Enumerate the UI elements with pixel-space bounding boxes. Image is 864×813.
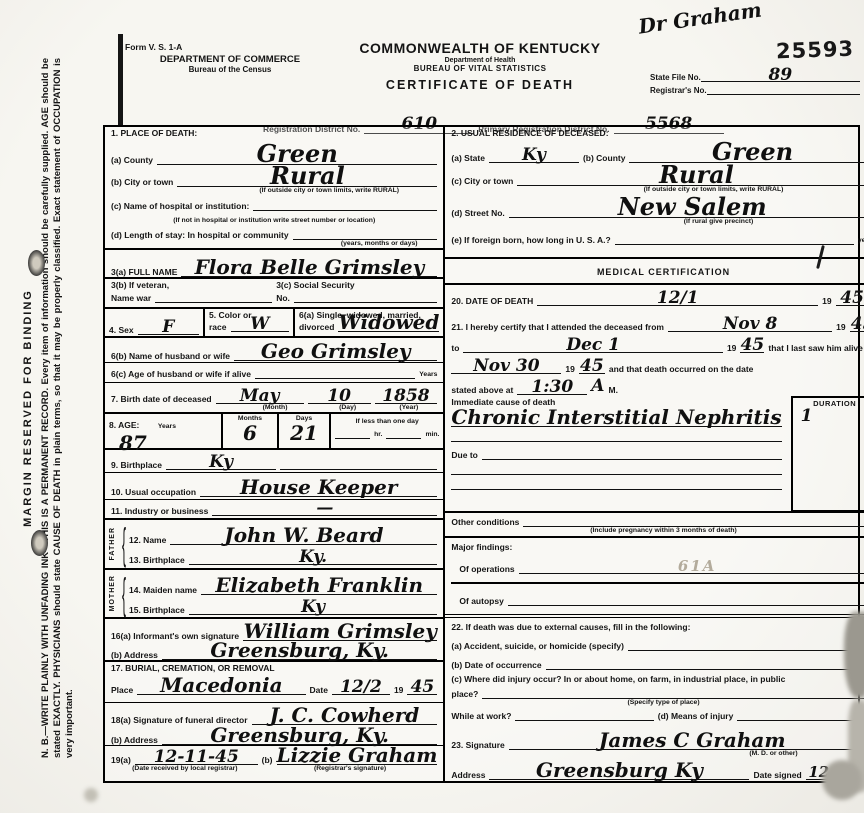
- section-cause-of-death: Immediate cause of death Chronic Interst…: [445, 396, 864, 513]
- operations-label: Of operations: [459, 564, 514, 574]
- section-other-conditions: Other conditions (Include pregnancy with…: [445, 513, 864, 538]
- physician-address-value: Greensburg Ky: [536, 758, 703, 782]
- due-to-label: Due to: [451, 450, 477, 460]
- mother-name-value: Elizabeth Franklin: [215, 573, 423, 597]
- external-a-label: (a) Accident, suicide, or homicide (spec…: [451, 641, 624, 651]
- place-of-death-title: 1. PLACE OF DEATH:: [111, 128, 437, 138]
- ssn-blank: [294, 302, 438, 303]
- means-of-injury-blank: [737, 720, 864, 721]
- residence-city-value: Rural: [659, 160, 734, 189]
- medical-certification-band: MEDICAL CERTIFICATION: [445, 259, 864, 285]
- certificate-title: CERTIFICATE OF DEATH: [335, 78, 625, 92]
- registrar-date-value: 12-11-45: [154, 747, 239, 767]
- veteran-war-label: Name war: [111, 293, 151, 303]
- birthplace-blank: [280, 469, 437, 470]
- date-of-death-year-prefix: 19: [822, 296, 831, 306]
- occupation-value: House Keeper: [240, 475, 397, 499]
- spouse-age-blank: [255, 378, 415, 379]
- certificate-header: Form V. S. 1-A DEPARTMENT OF COMMERCE Bu…: [103, 24, 860, 92]
- binding-margin: MARGIN RESERVED FOR BINDING N. B.—WRITE …: [22, 28, 76, 788]
- external-c-label2: place?: [451, 689, 478, 699]
- section-external-causes: 22. If death was due to external causes,…: [445, 618, 864, 708]
- bureau-of-census: Bureau of the Census: [125, 65, 335, 74]
- section-physician-signature: 23. Signature James C Graham (M. D. or o…: [445, 725, 864, 781]
- veteran-label: 3(b) If veteran,: [111, 280, 272, 290]
- handwritten-doctor-name: Dr Graham: [637, 0, 763, 37]
- burial-year-prefix: 19: [394, 685, 403, 695]
- pod-hospital-note: (If not in hospital or institution write…: [111, 217, 437, 225]
- residence-foreign-blank: [615, 244, 854, 245]
- section-informant: 16(a) Informant's own signature William …: [105, 619, 443, 662]
- spouse-age-label: 6(c) Age of husband or wife if alive: [111, 369, 251, 379]
- external-b-label: (b) Date of occurrence: [451, 660, 541, 670]
- section-full-name: 3(a) FULL NAME Flora Belle Grimsley: [105, 250, 443, 279]
- residence-foreign-suffix: years: [858, 237, 864, 245]
- veteran-war-blank: [155, 302, 272, 303]
- marital-label2: divorced: [299, 322, 334, 332]
- ssn-label: 3(c) Social Security: [276, 280, 437, 290]
- race-value: W: [250, 314, 269, 334]
- section-residence: 2. USUAL RESIDENCE OF DECEASED: (a) Stat…: [445, 127, 864, 259]
- age-label: 8. AGE:: [109, 420, 139, 430]
- while-at-work-blank: [515, 720, 653, 721]
- birth-year-value: 1858: [382, 386, 429, 406]
- age-min-label: min.: [425, 431, 439, 439]
- registrar-sig-value: Lizzie Graham: [277, 743, 438, 767]
- scan-artifact-blob: [844, 612, 864, 698]
- binding-hole-bottom: [31, 530, 48, 556]
- other-conditions-label: Other conditions: [451, 517, 519, 527]
- marital-value: Widowed: [338, 310, 439, 334]
- section-veteran-ssn: 3(b) If veteran, Name war 3(c) Social Se…: [105, 279, 443, 309]
- section-mother: MOTHER { 14. Maiden name Elizabeth Frank…: [105, 570, 443, 620]
- burial-date-label: Date: [310, 685, 328, 695]
- certificate-form: 1. PLACE OF DEATH: (a) County Green (b) …: [103, 125, 860, 783]
- scan-artifact-blob: [84, 788, 98, 802]
- last-alive-value: Nov 30: [473, 356, 539, 376]
- section-burial: 17. BURIAL, CREMATION, OR REMOVAL Place …: [105, 662, 443, 702]
- section-registrar: 19(a) 12-11-45 (b) Lizzie Graham (Date r…: [105, 746, 443, 781]
- duration-box: DURATION 1: [791, 396, 864, 512]
- attended-to-year-value: 45: [741, 335, 765, 355]
- due-to-blank: [482, 459, 782, 460]
- file-number-stamp: 25593: [776, 37, 855, 64]
- autopsy-blank: [508, 605, 864, 606]
- physician-address-label: Address: [451, 770, 485, 780]
- certify-text-4: stated above at: [451, 385, 513, 395]
- findings-divider: [451, 574, 864, 584]
- certify-text-2: that I last saw him alive on: [768, 343, 864, 353]
- means-of-injury-label: (d) Means of injury: [658, 711, 734, 721]
- age-hr-label: hr.: [374, 431, 382, 439]
- section-birth-date: 7. Birth date of deceased May 10 1858 (M…: [105, 383, 443, 414]
- mother-birthplace-label: 15. Birthplace: [129, 605, 185, 615]
- certify-text-1: 21. I hereby certify that I attended the…: [451, 322, 664, 332]
- age-min-blank: [386, 438, 421, 439]
- section-sex-race-marital: 4. Sex F 5. Color or raceW 6(a) Single, …: [105, 309, 443, 338]
- industry-value: —: [316, 498, 333, 518]
- attended-from-value: Nov 8: [723, 314, 778, 334]
- father-birthplace-value: Ky.: [299, 547, 327, 567]
- operations-faint-mark: 61A: [678, 557, 717, 575]
- attended-to-year-prefix: 19: [727, 343, 736, 353]
- spouse-label: 6(b) Name of husband or wife: [111, 351, 230, 361]
- section-spouse-age: 6(c) Age of husband or wife if alive Yea…: [105, 363, 443, 383]
- burial-year-value: 45: [411, 677, 435, 697]
- burial-date-value: 12/2: [340, 677, 382, 697]
- pod-city-value: Rural: [270, 161, 345, 190]
- attended-from-year-value: 45: [851, 314, 864, 334]
- date-signed-label: Date signed: [753, 770, 801, 780]
- scan-artifact-blob: [822, 760, 862, 800]
- state-file-label: State File No.: [650, 73, 701, 82]
- certify-text-3: and that death occurred on the date: [609, 364, 754, 374]
- medical-certification-title: MEDICAL CERTIFICATION: [597, 267, 730, 277]
- death-certificate-scan: MARGIN RESERVED FOR BINDING N. B.—WRITE …: [0, 0, 864, 813]
- residence-city-label: (c) City or town: [451, 176, 513, 186]
- section-age: 8. AGE: Years 87 Months 6 Days 21 If les…: [105, 414, 443, 450]
- state-file-value: 89: [769, 65, 793, 85]
- section-father: FATHER { 12. Name John W. Beard 13. Birt…: [105, 520, 443, 570]
- mother-brace: {: [119, 508, 129, 680]
- age-days-value: 21: [283, 423, 325, 443]
- birthplace-value: Ky: [209, 452, 233, 472]
- due-to-blank-line-3: [451, 475, 781, 490]
- section-while-at-work: While at work? (d) Means of injury: [445, 707, 864, 725]
- birth-date-label: 7. Birth date of deceased: [111, 394, 212, 404]
- form-right-column: 2. USUAL RESIDENCE OF DECEASED: (a) Stat…: [445, 127, 864, 781]
- full-name-label: 3(a) FULL NAME: [111, 267, 177, 277]
- due-to-blank-line-2: [451, 460, 781, 475]
- external-a-blank: [628, 650, 864, 651]
- last-alive-year-prefix: 19: [565, 364, 574, 374]
- binding-margin-title: MARGIN RESERVED FOR BINDING: [22, 28, 34, 788]
- attended-from-year-prefix: 19: [836, 322, 845, 332]
- pod-stay-label: (d) Length of stay: In hospital or commu…: [111, 230, 289, 240]
- residence-street-value: New Salem: [618, 192, 767, 221]
- section-date-of-death: 20. DATE OF DEATH 12/1 19 45-: [445, 285, 864, 310]
- form-number: Form V. S. 1-A: [125, 42, 335, 52]
- sex-value: F: [162, 317, 174, 337]
- registrar-no-label: Registrar's No.: [650, 86, 707, 95]
- pod-county-label: (a) County: [111, 155, 153, 165]
- pod-city-label: (b) City or town: [111, 177, 173, 187]
- residence-street-label: (d) Street No.: [451, 208, 504, 218]
- pod-hospital-blank: [253, 210, 437, 211]
- father-group-label: FATHER: [109, 527, 116, 560]
- commonwealth-title: COMMONWEALTH OF KENTUCKY: [335, 40, 625, 56]
- cause-blank-line: [451, 427, 781, 442]
- ssn-no-label: No.: [276, 293, 290, 303]
- duration-value: 1: [793, 408, 864, 425]
- residence-state-label: (a) State: [451, 153, 485, 163]
- bureau-vital-statistics: BUREAU OF VITAL STATISTICS: [335, 64, 625, 73]
- age-less-label: If less than one day: [335, 418, 439, 426]
- section-funeral-director: 18(a) Signature of funeral director J. C…: [105, 703, 443, 746]
- funeral-address-label: (b) Address: [111, 735, 158, 745]
- mother-birthplace-value: Ky: [301, 597, 325, 617]
- autopsy-label: Of autopsy: [459, 596, 503, 606]
- attended-to-label: to: [451, 343, 459, 353]
- external-title: 22. If death was due to external causes,…: [451, 622, 864, 632]
- last-alive-year-value: 45: [580, 356, 604, 376]
- age-hr-blank: [335, 438, 370, 439]
- date-of-death-value: 12/1: [657, 288, 699, 308]
- section-place-of-death: 1. PLACE OF DEATH: (a) County Green (b) …: [105, 127, 443, 250]
- burial-place-label: Place: [111, 685, 133, 695]
- section-industry: 11. Industry or business —: [105, 500, 443, 520]
- spouse-age-suffix: Years: [419, 371, 437, 379]
- residence-foreign-label: (e) If foreign born, how long in U. S. A…: [451, 235, 610, 245]
- registrar-sig-prefix: (b): [262, 755, 273, 765]
- binding-margin-note: N. B.—WRITE PLAINLY WITH UNFADING INK—TH…: [40, 58, 76, 758]
- time-of-death-suffix: A: [591, 378, 604, 395]
- physician-sig-value: James C Graham: [599, 728, 786, 752]
- full-name-value: Flora Belle Grimsley: [195, 255, 425, 279]
- form-left-column: 1. PLACE OF DEATH: (a) County Green (b) …: [105, 127, 445, 781]
- birth-month-value: May: [240, 386, 280, 406]
- section-birthplace: 9. Birthplace Ky: [105, 450, 443, 473]
- date-of-death-year-value: 45-: [840, 288, 864, 308]
- spouse-value: Geo Grimsley: [261, 339, 411, 363]
- department-of-health: Department of Health: [335, 57, 625, 64]
- age-years-label: Years: [158, 423, 176, 430]
- age-months-value: 6: [227, 423, 273, 443]
- attended-to-value: Dec 1: [566, 335, 620, 355]
- mother-name-label: 14. Maiden name: [129, 585, 197, 595]
- burial-place-value: Macedonia: [160, 673, 282, 697]
- date-of-death-label: 20. DATE OF DEATH: [451, 296, 533, 306]
- physician-sig-label: 23. Signature: [451, 740, 504, 750]
- mother-group-label: MOTHER: [109, 575, 116, 611]
- time-of-death-value: 1:30: [531, 377, 573, 397]
- section-major-findings: Major findings: Of operations 61A Of aut…: [445, 538, 864, 618]
- father-name-label: 12. Name: [129, 535, 166, 545]
- informant-address-value: Greensburg, Ky.: [210, 638, 389, 662]
- section-spouse-name: 6(b) Name of husband or wife Geo Grimsle…: [105, 338, 443, 363]
- department-of-commerce: DEPARTMENT OF COMMERCE: [125, 54, 335, 65]
- while-at-work-label: While at work?: [451, 711, 511, 721]
- section-occupation: 10. Usual occupation House Keeper: [105, 473, 443, 500]
- pod-hospital-label: (c) Name of hospital or institution:: [111, 201, 249, 211]
- birth-day-value: 10: [327, 386, 351, 406]
- registrar-no-blank: [707, 94, 860, 95]
- external-c-label: (c) Where did injury occur? In or about …: [451, 674, 864, 684]
- external-c-note: (Specify type of place): [451, 699, 864, 707]
- time-m-label: M.: [609, 385, 618, 395]
- father-birthplace-label: 13. Birthplace: [129, 555, 185, 565]
- registrar-label-a: 19(a): [111, 755, 131, 765]
- major-findings-label: Major findings:: [451, 542, 864, 552]
- external-b-blank: [546, 669, 864, 670]
- sex-label: 4. Sex: [109, 325, 134, 335]
- father-name-value: John W. Beard: [224, 523, 383, 547]
- pod-stay-note: (years, months or days): [321, 240, 437, 248]
- race-label2: race: [209, 322, 227, 332]
- binding-hole-top: [28, 250, 45, 276]
- cause-of-death-value: Chronic Interstitial Nephritis: [451, 405, 781, 429]
- section-certification-statement: 21. I hereby certify that I attended the…: [445, 310, 864, 396]
- other-conditions-note: (Include pregnancy within 3 months of de…: [451, 527, 864, 535]
- residence-state-value: Ky: [522, 145, 546, 165]
